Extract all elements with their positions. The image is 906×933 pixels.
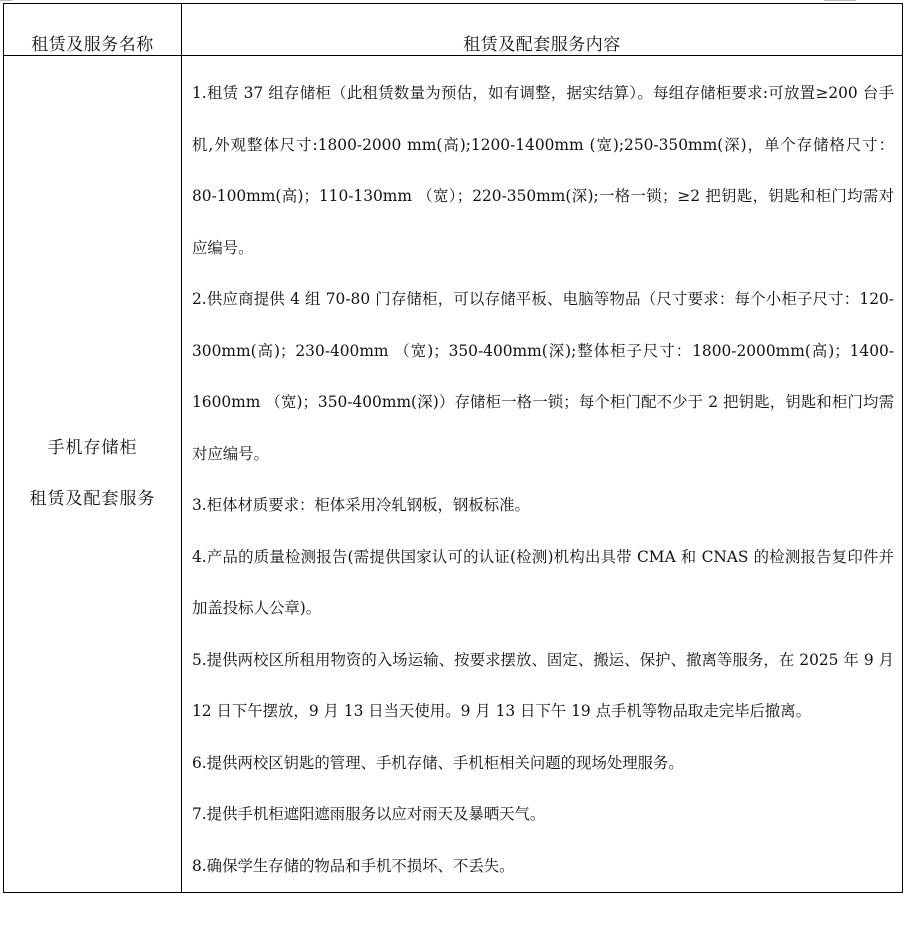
header-service-content: 租赁及配套服务内容 <box>182 4 903 56</box>
requirement-item-7: 7.提供手机柜遮阳遮雨服务以应对雨天及暴晒天气。 <box>192 789 894 841</box>
requirement-item-2: 2.供应商提供 4 组 70-80 门存储柜，可以存储平板、电脑等物品（尺寸要求… <box>192 274 894 480</box>
service-content-cell: 1.租赁 37 组存储柜（此租赁数量为预估，如有调整，据实结算）。每组存储柜要求… <box>182 56 903 893</box>
rental-service-table: 租赁及服务名称 租赁及配套服务内容 手机存储柜 租赁及配套服务 1.租赁 37 … <box>3 3 903 893</box>
requirement-item-5: 5.提供两校区所租用物资的入场运输、按要求摆放、固定、搬运、保护、撤离等服务，在… <box>192 635 894 738</box>
requirement-item-6: 6.提供两校区钥匙的管理、手机存储、手机柜相关问题的现场处理服务。 <box>192 738 894 790</box>
service-name-cell: 手机存储柜 租赁及配套服务 <box>4 56 182 893</box>
service-name-line-1: 手机存储柜 <box>4 423 181 475</box>
requirement-item-1: 1.租赁 37 组存储柜（此租赁数量为预估，如有调整，据实结算）。每组存储柜要求… <box>192 68 894 274</box>
table-row: 手机存储柜 租赁及配套服务 1.租赁 37 组存储柜（此租赁数量为预估，如有调整… <box>4 56 903 893</box>
requirement-item-8: 8.确保学生存储的物品和手机不损坏、不丢失。 <box>192 841 894 893</box>
service-name-line-2: 租赁及配套服务 <box>4 474 181 526</box>
page-edge-mark-right <box>824 0 856 1</box>
requirement-item-4: 4.产品的质量检测报告(需提供国家认可的认证(检测)机构出具带 CMA 和 CN… <box>192 532 894 635</box>
header-service-name: 租赁及服务名称 <box>4 4 182 56</box>
table-header-row: 租赁及服务名称 租赁及配套服务内容 <box>4 4 903 56</box>
page-edge-mark-left <box>0 0 12 1</box>
requirement-item-3: 3.柜体材质要求：柜体采用冷轧钢板，钢板标准。 <box>192 480 894 532</box>
